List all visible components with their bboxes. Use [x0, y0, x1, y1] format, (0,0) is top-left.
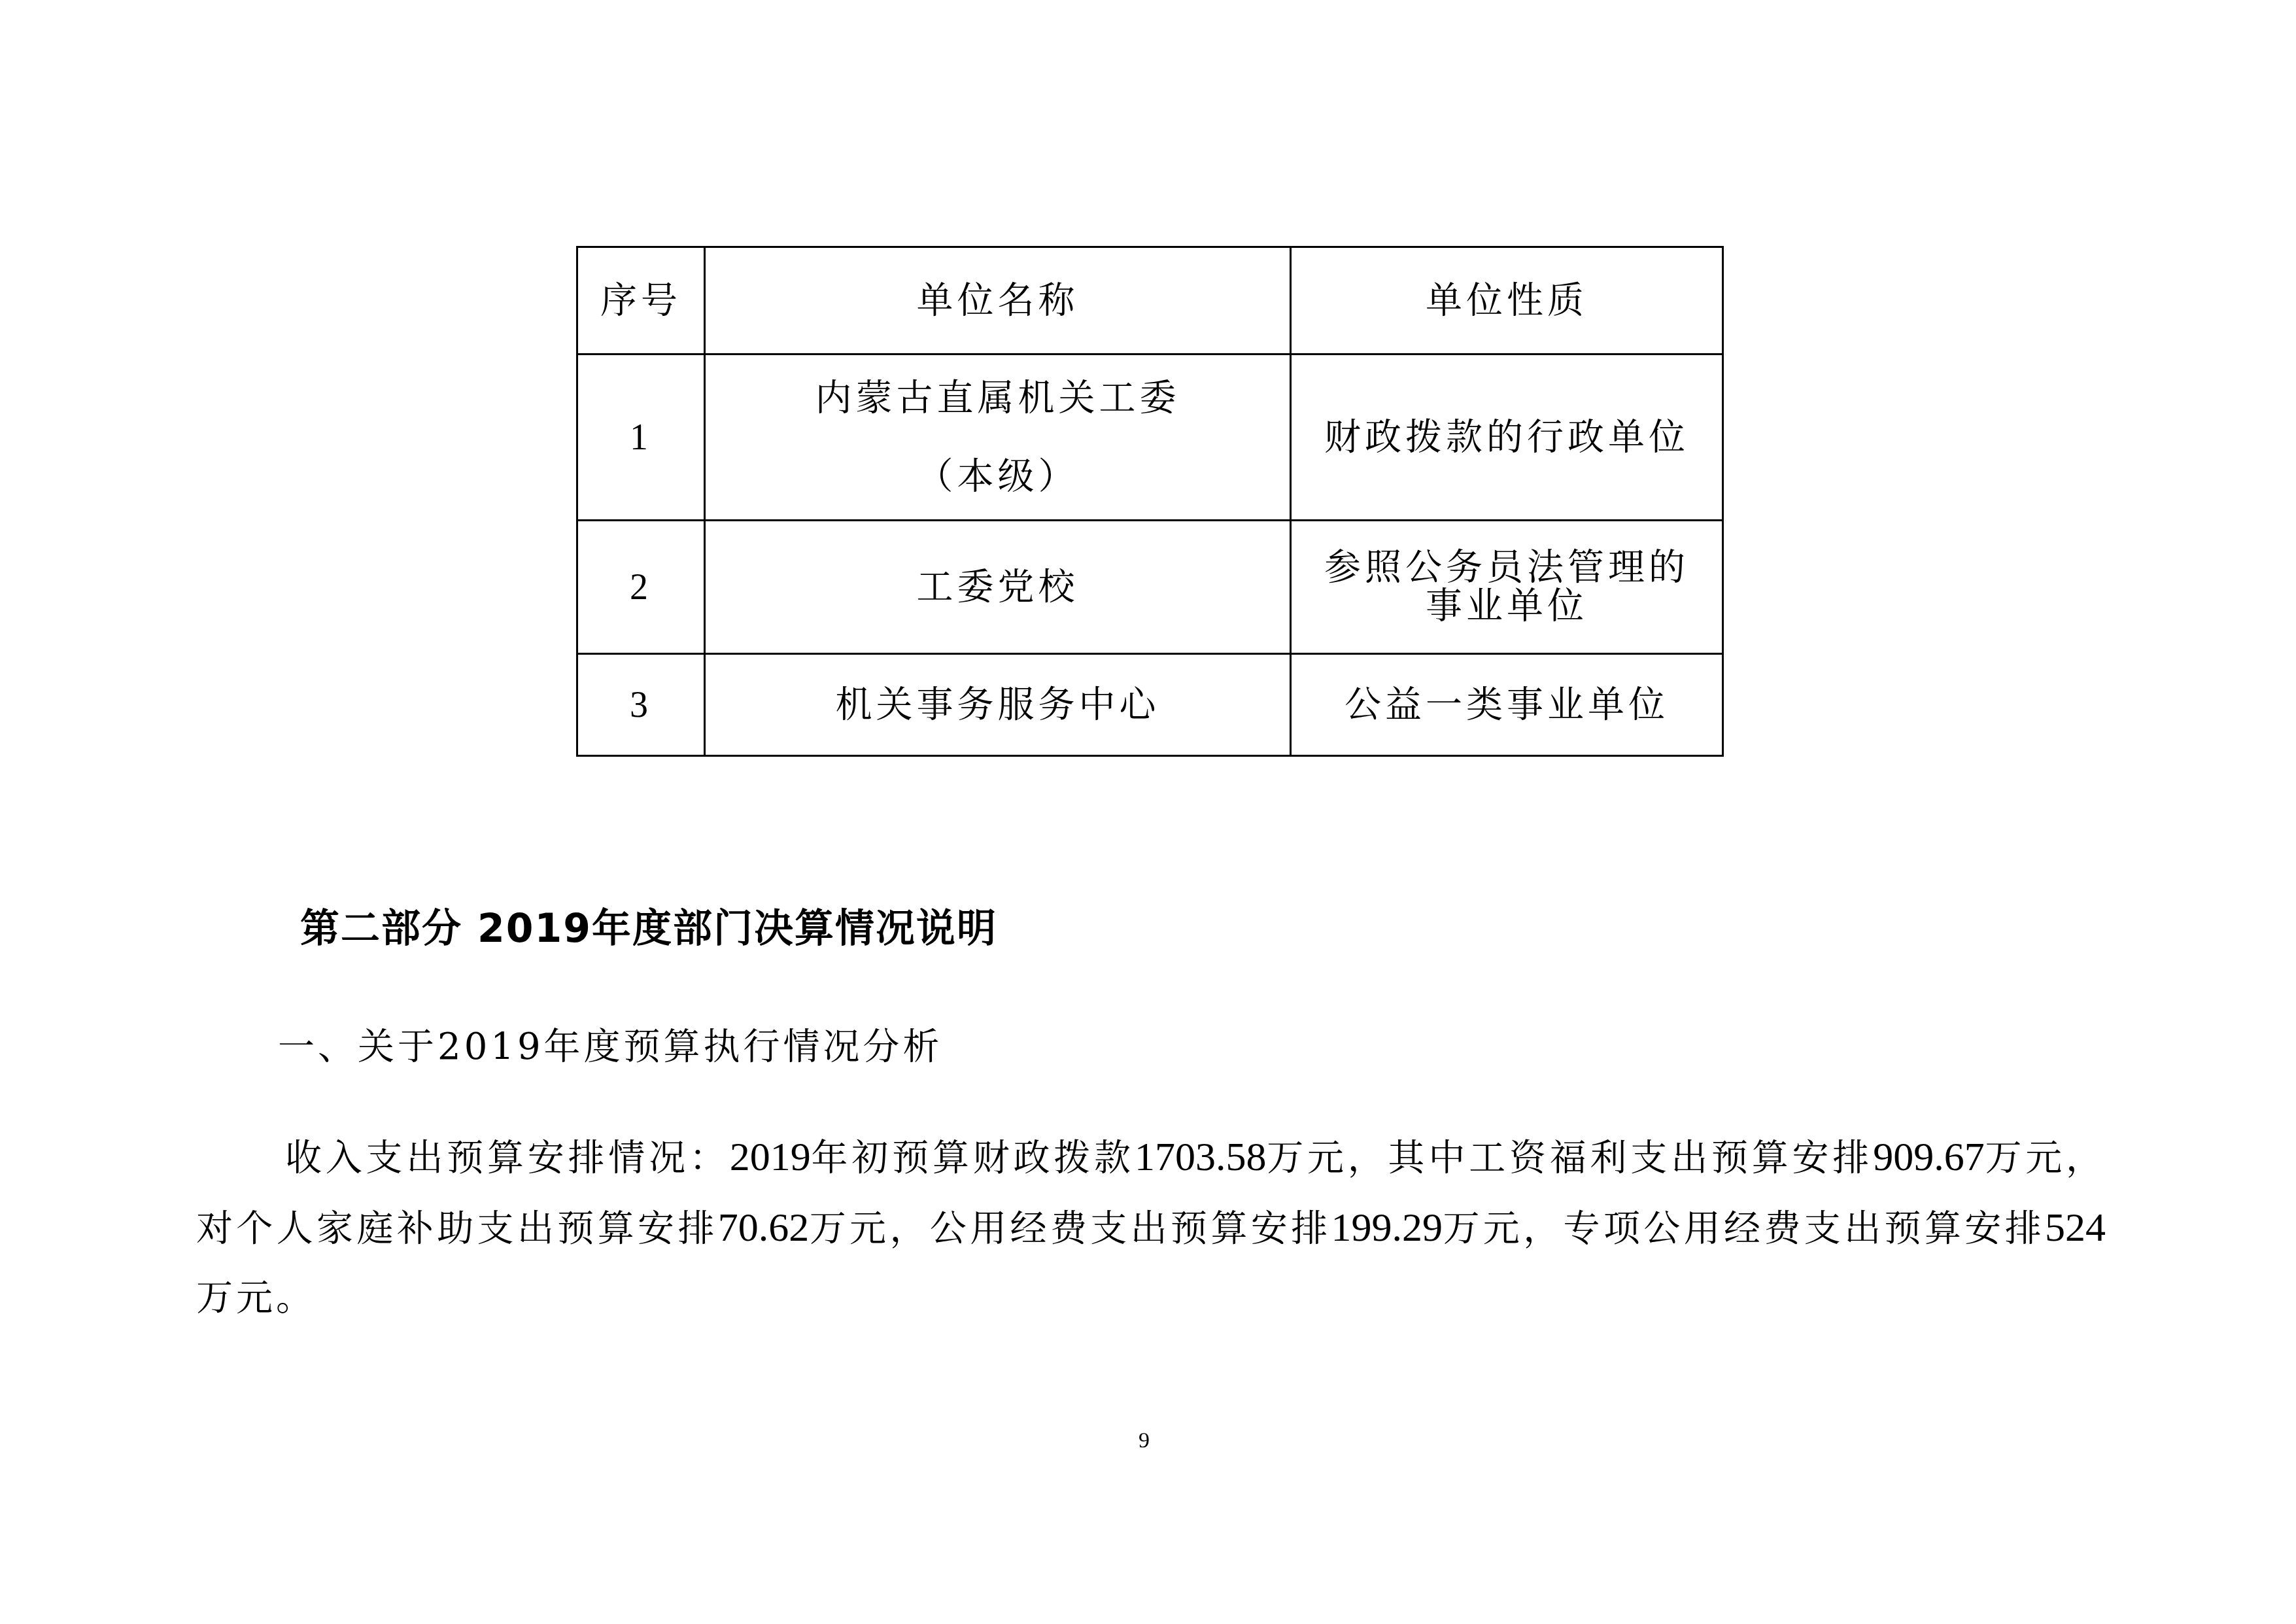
unit-table: 序号 单位名称 单位性质 1 内蒙古直属机关工委 （本级） 财政拨款的行政单位 …	[576, 246, 1724, 757]
paragraph-text: 万元，公用经费支出预算安排	[809, 1207, 1331, 1250]
document-page: 序号 单位名称 单位性质 1 内蒙古直属机关工委 （本级） 财政拨款的行政单位 …	[0, 0, 2296, 1624]
row-unit-name: 机关事务服务中心	[705, 654, 1291, 756]
section-title: 一、关于2019年度预算执行情况分析	[278, 1018, 943, 1070]
table-row: 1 内蒙古直属机关工委 （本级） 财政拨款的行政单位	[577, 354, 1723, 521]
unit-type-line: 参照公务员法管理的	[1301, 549, 1713, 587]
total-appropriation-value: 1703.58	[1135, 1135, 1267, 1179]
table-row: 3 机关事务服务中心 公益一类事业单位	[577, 654, 1723, 756]
row-unit-name: 工委党校	[705, 521, 1291, 654]
paragraph-text: 万元，其中工资福利支出预算安排	[1266, 1137, 1873, 1179]
row-index: 1	[577, 354, 705, 521]
unit-type-line: 财政拨款的行政单位	[1301, 415, 1713, 460]
row-unit-type: 公益一类事业单位	[1291, 654, 1723, 756]
unit-name-line: 内蒙古直属机关工委	[715, 375, 1280, 421]
unit-name-line: 机关事务服务中心	[715, 682, 1280, 728]
paragraph-text: 年初预算财政拨款	[811, 1137, 1135, 1179]
table-header-row: 序号 单位名称 单位性质	[577, 247, 1723, 354]
unit-type-line: 公益一类事业单位	[1301, 682, 1713, 728]
header-unit-type: 单位性质	[1291, 247, 1723, 354]
paragraph-text: 收入支出预算安排情况：	[285, 1137, 730, 1179]
table-row: 2 工委党校 参照公务员法管理的 事业单位	[577, 521, 1723, 654]
header-unit-name: 单位名称	[705, 247, 1291, 354]
special-public-expense-value: 524	[2045, 1205, 2106, 1250]
paragraph-text: 万元。	[196, 1277, 316, 1319]
page-number: 9	[1139, 1428, 1150, 1453]
budget-paragraph: 收入支出预算安排情况：2019年初预算财政拨款1703.58万元，其中工资福利支…	[196, 1122, 2106, 1333]
row-index: 3	[577, 654, 705, 756]
salary-welfare-value: 909.67	[1873, 1135, 1985, 1179]
header-index: 序号	[577, 247, 705, 354]
row-unit-type: 财政拨款的行政单位	[1291, 354, 1723, 521]
row-index: 2	[577, 521, 705, 654]
part-title: 第二部分 2019年度部门决算情况说明	[300, 897, 997, 954]
row-unit-type: 参照公务员法管理的 事业单位	[1291, 521, 1723, 654]
unit-type-line: 事业单位	[1301, 587, 1713, 626]
unit-name-line: 工委党校	[715, 564, 1280, 610]
row-unit-name: 内蒙古直属机关工委 （本级）	[705, 354, 1291, 521]
household-subsidy-value: 70.62	[718, 1205, 810, 1250]
paragraph-text: 万元，专项公用经费支出预算安排	[1443, 1207, 2045, 1250]
public-expense-value: 199.29	[1331, 1205, 1443, 1250]
unit-name-line: （本级）	[715, 454, 1280, 500]
year-value: 2019	[730, 1135, 811, 1179]
